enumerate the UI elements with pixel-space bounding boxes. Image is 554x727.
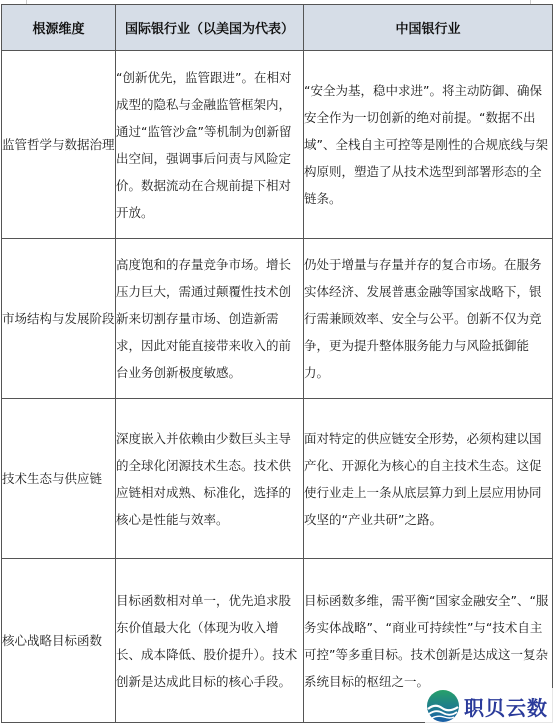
table-header-row: 根源维度 国际银行业（以美国为代表） 中国银行业 [2,5,553,51]
dimension-cell: 技术生态与供应链 [2,399,116,559]
dimension-cell: 监管哲学与数据治理 [2,51,116,239]
watermark-text: 职贝云数 [464,692,548,721]
header-china: 中国银行业 [304,5,553,51]
china-cell: 仍处于增量与存量并存的复合市场。在服务实体经济、发展普惠金融等国家战略下，银行需… [304,239,553,399]
table-row: 技术生态与供应链 深度嵌入并依赖由少数巨头主导的全球化闭源技术生态。技术供应链相… [2,399,553,559]
china-cell: 面对特定的供应链安全形势，必须构建以国产化、开源化为核心的自主技术生态。这促使行… [304,399,553,559]
globe-wave-logo-icon [425,688,461,724]
dimension-cell: 市场结构与发展阶段 [2,239,116,399]
china-cell: “安全为基，稳中求进”。将主动防御、确保安全作为一切创新的绝对前提。“数据不出域… [304,51,553,239]
header-international: 国际银行业（以美国为代表） [116,5,304,51]
watermark-logo: 职贝云数 [425,688,553,724]
international-cell: “创新优先，监管跟进”。在相对成型的隐私与金融监管框架内，通过“监管沙盒”等机制… [116,51,304,239]
international-cell: 目标函数相对单一，优先追求股东价值最大化（体现为收入增长、成本降低、股价提升）。… [116,559,304,723]
table-row: 市场结构与发展阶段 高度饱和的存量竞争市场。增长压力巨大，需通过颠覆性技术创新来… [2,239,553,399]
dimension-cell: 核心战略目标函数 [2,559,116,723]
table-row: 监管哲学与数据治理 “创新优先，监管跟进”。在相对成型的隐私与金融监管框架内，通… [2,51,553,239]
international-cell: 高度饱和的存量竞争市场。增长压力巨大，需通过颠覆性技术创新来切割存量市场、创造新… [116,239,304,399]
comparison-table: 根源维度 国际银行业（以美国为代表） 中国银行业 监管哲学与数据治理 “创新优先… [1,4,553,723]
header-dimension: 根源维度 [2,5,116,51]
international-cell: 深度嵌入并依赖由少数巨头主导的全球化闭源技术生态。技术供应链相对成熟、标准化，选… [116,399,304,559]
